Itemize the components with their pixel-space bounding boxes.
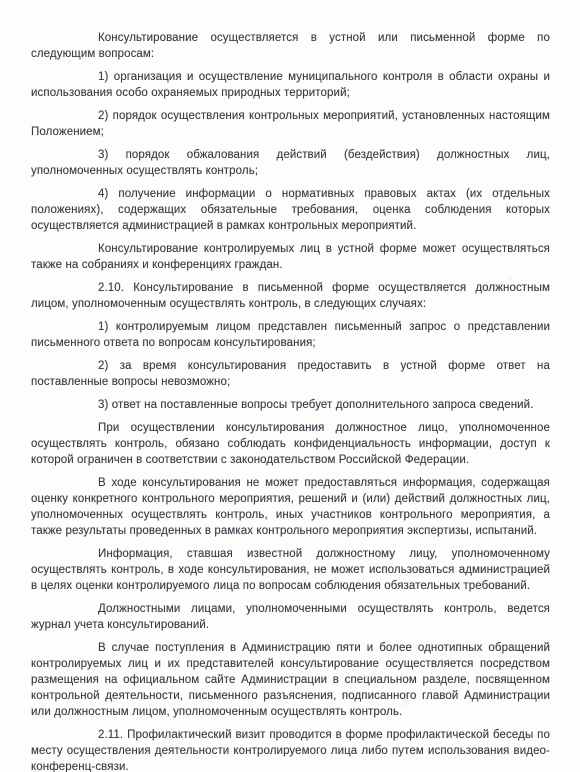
paragraph: В ходе консультирования не может предост… xyxy=(31,475,550,539)
paragraph: 2) за время консультирования предоставит… xyxy=(31,358,550,390)
paragraph: 4) получение информации о нормативных пр… xyxy=(31,186,550,234)
paragraph: 1) организация и осуществление муниципал… xyxy=(31,69,550,101)
document-body: Консультирование осуществляется в устной… xyxy=(31,30,550,772)
paragraph: 1) контролируемым лицом представлен пись… xyxy=(31,319,550,351)
paragraph: 2) порядок осуществления контрольных мер… xyxy=(31,108,550,140)
paragraph: Консультирование осуществляется в устной… xyxy=(31,30,550,62)
document-page: Консультирование осуществляется в устной… xyxy=(0,0,580,772)
paragraph: Информация, ставшая известной должностно… xyxy=(31,546,550,594)
paragraph: Консультирование контролируемых лиц в ус… xyxy=(31,241,550,273)
paragraph: 2.10. Консультирование в письменной форм… xyxy=(31,280,550,312)
paragraph: 2.11. Профилактический визит проводится … xyxy=(31,727,550,772)
paragraph: Должностными лицами, уполномоченными осу… xyxy=(31,601,550,633)
paragraph: В случае поступления в Администрацию пят… xyxy=(31,640,550,720)
paragraph: При осуществлении консультирования должн… xyxy=(31,420,550,468)
paragraph: 3) порядок обжалования действий (бездейс… xyxy=(31,147,550,179)
paragraph: 3) ответ на поставленные вопросы требует… xyxy=(31,397,550,413)
